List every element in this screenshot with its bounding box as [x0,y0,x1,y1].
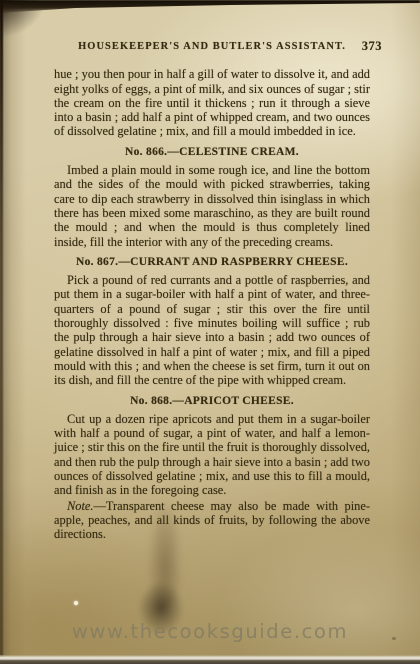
running-head-title: HOUSEKEEPER'S AND BUTLER'S ASSISTANT. [78,41,346,52]
note-label: Note. [67,499,94,513]
recipe-body-868: Cut up a dozen ripe apricots and put the… [54,412,370,498]
paper-speck-white [74,601,78,605]
recipe-heading-868: No. 868.—APRICOT CHEESE. [54,394,370,408]
recipe-heading-866: No. 866.—CELESTINE CREAM. [54,145,370,159]
watermark-text: www.thecooksguide.com [0,620,420,643]
scan-edge-left [0,0,3,664]
page-number: 373 [362,39,382,53]
paragraph-continuation: hue ; you then pour in half a gill of wa… [54,67,370,138]
scan-edge-bottom [0,655,420,664]
page-text-block: HOUSEKEEPER'S AND BUTLER'S ASSISTANT. 37… [54,40,370,543]
scan-edge-top [0,0,420,14]
note-text: —Transparent cheese may also be made wit… [54,499,370,542]
recipe-heading-867: No. 867.—CURRANT AND RASPBERRY CHEESE. [54,255,370,269]
running-head: HOUSEKEEPER'S AND BUTLER'S ASSISTANT. 37… [54,40,370,54]
recipe-body-867: Pick a pound of red currants and a pottl… [54,273,370,387]
recipe-body-866: Imbed a plain mould in some rough ice, a… [54,163,370,249]
paper-speck-top [308,91,311,94]
note-paragraph: Note.—Transparent cheese may also be mad… [54,499,370,542]
scanned-book-page: HOUSEKEEPER'S AND BUTLER'S ASSISTANT. 37… [0,0,420,664]
